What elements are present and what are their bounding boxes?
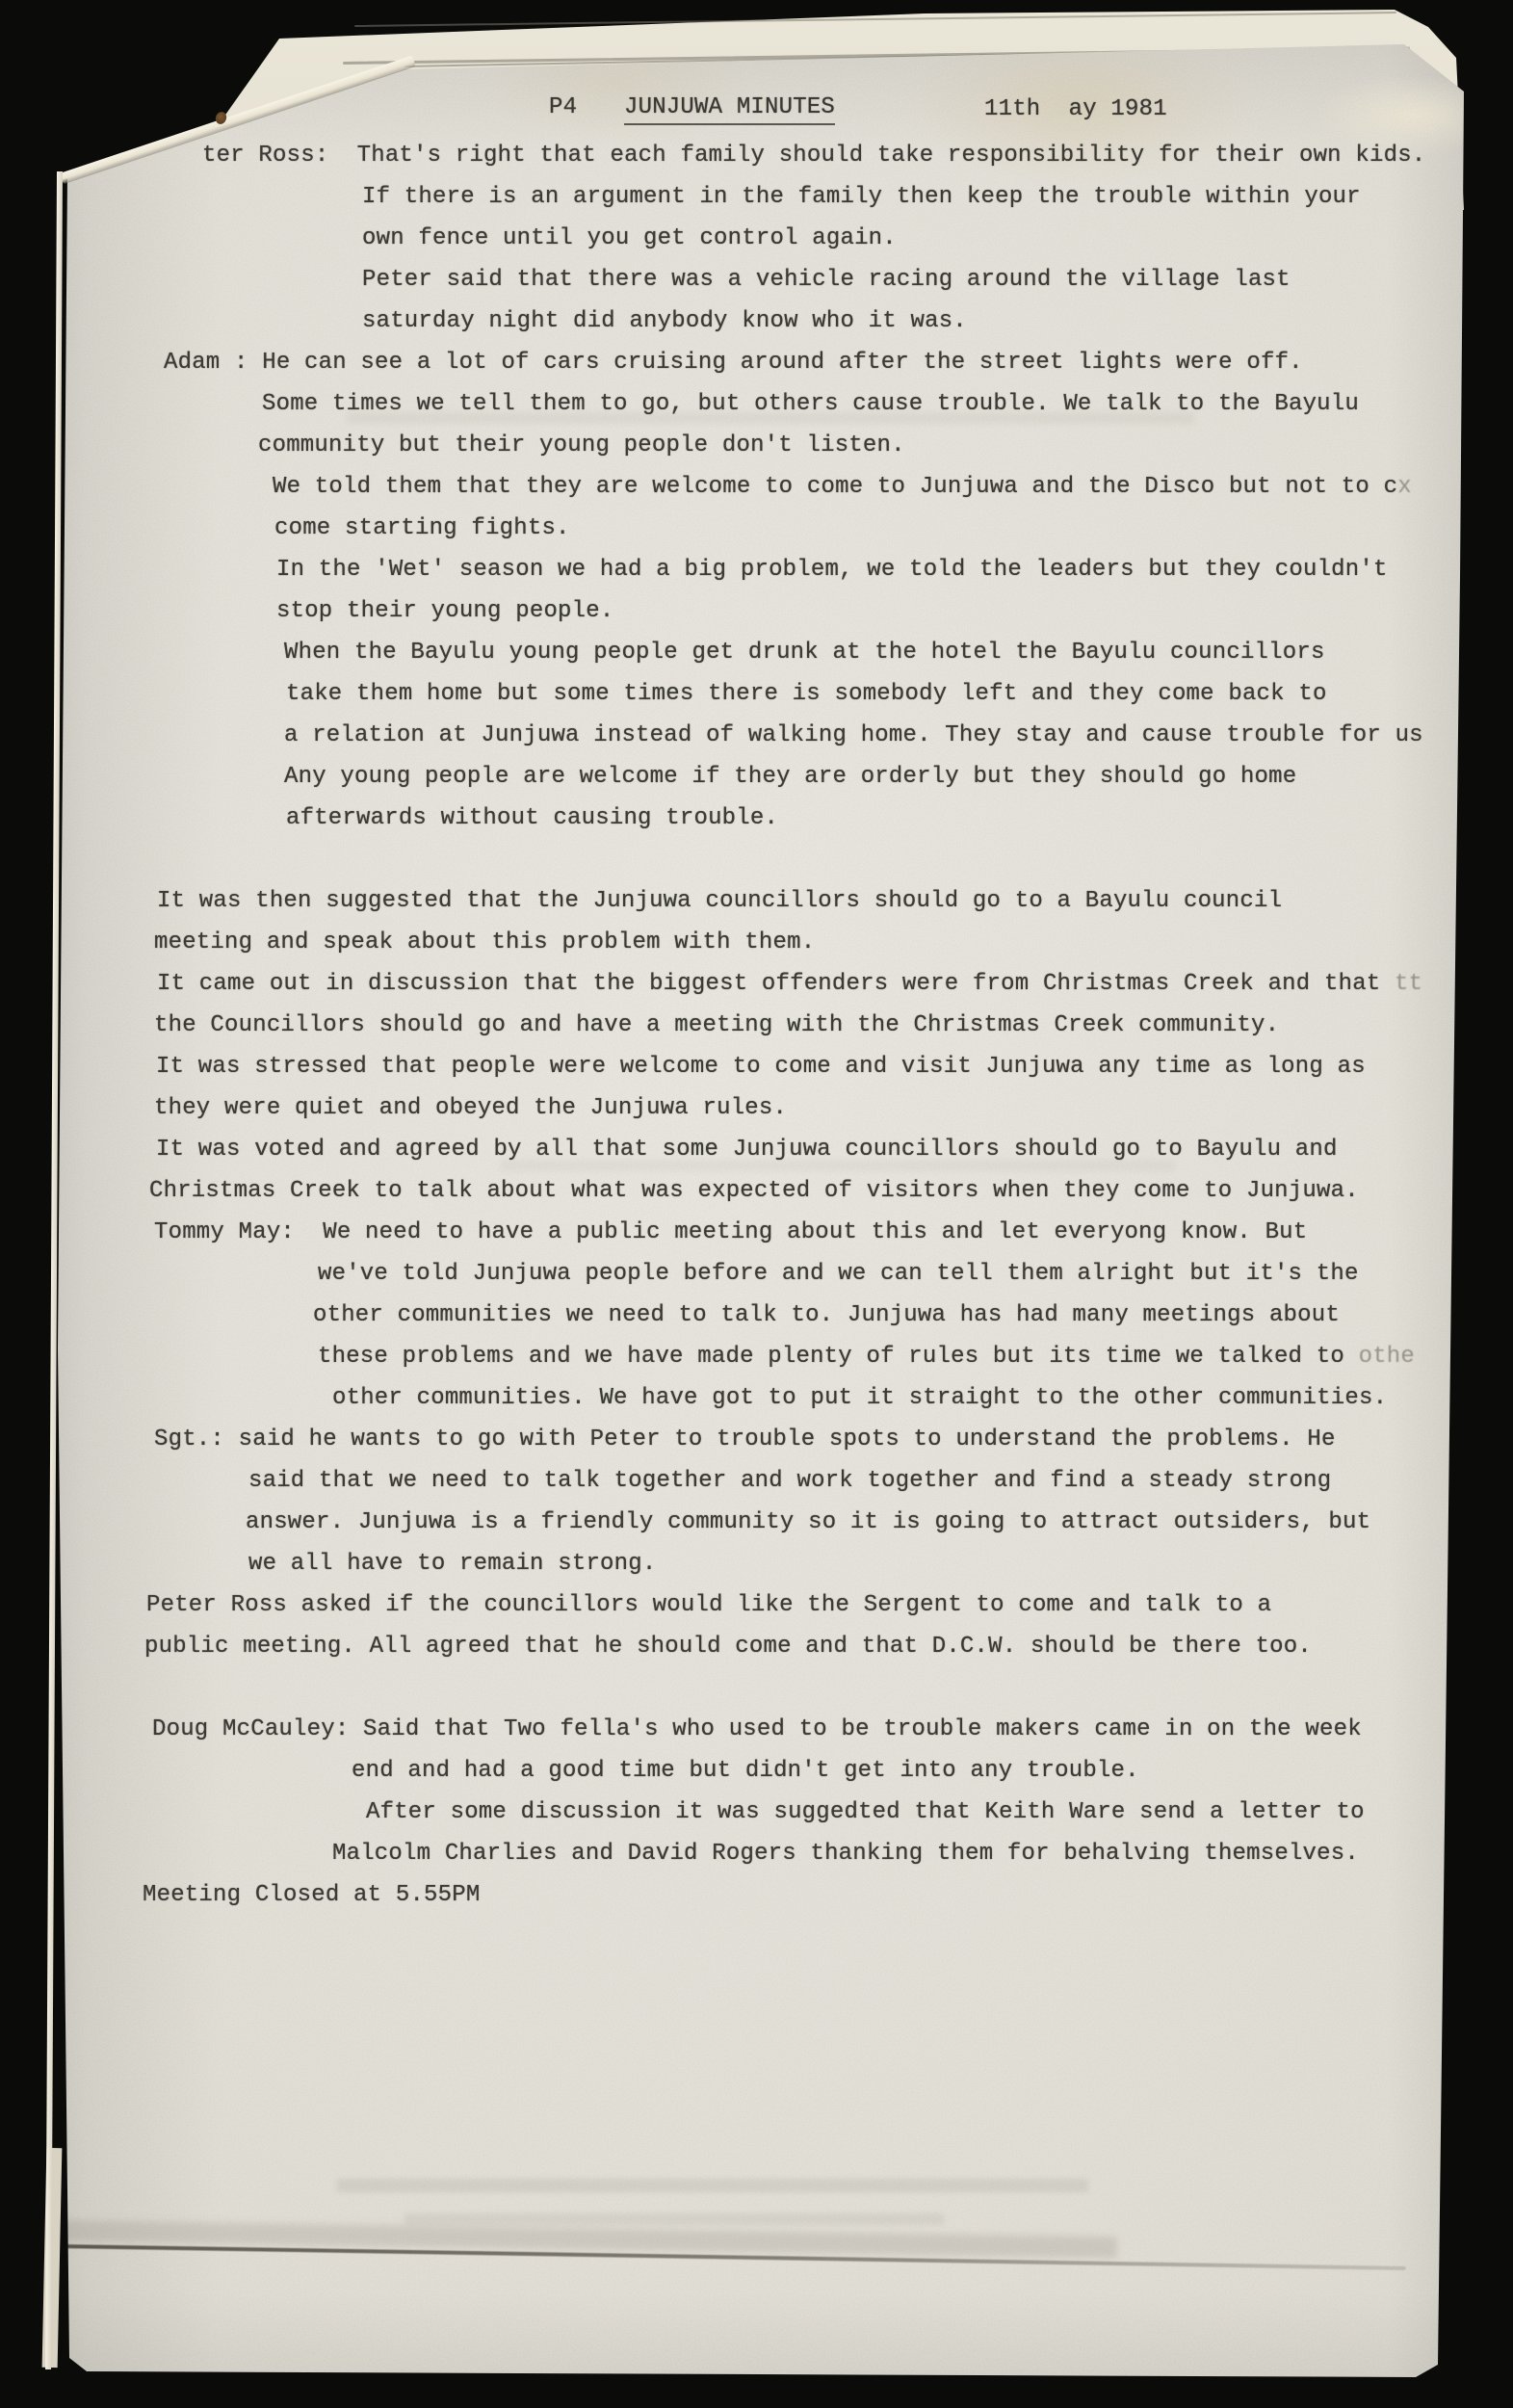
typed-line: they were quiet and obeyed the Junjuwa r… — [154, 1097, 787, 1120]
typed-line: Peter Ross asked if the councillors woul… — [146, 1594, 1271, 1617]
typed-line: answer. Junjuwa is a friendly community … — [246, 1511, 1370, 1534]
typed-line: a relation at Junjuwa instead of walking… — [284, 724, 1423, 747]
typed-line: It was voted and agreed by all that some… — [156, 1139, 1338, 1162]
typed-line: public meeting. All agreed that he shoul… — [144, 1636, 1312, 1659]
typed-line: own fence until you get control again. — [362, 227, 897, 250]
line-text: It came out in discussion that the bigge… — [157, 971, 1380, 997]
line-text: these problems and we have made plenty o… — [318, 1344, 1344, 1370]
bleedthrough-mark — [337, 2179, 1088, 2192]
typed-line: Christmas Creek to talk about what was e… — [149, 1180, 1359, 1203]
faint-text: tt — [1380, 971, 1422, 997]
typed-line: these problems and we have made plenty o… — [318, 1346, 1415, 1369]
typed-line: Any young people are welcome if they are… — [284, 766, 1296, 789]
typed-line: community but their young people don't l… — [258, 434, 905, 458]
typed-line: take them home but some times there is s… — [286, 683, 1327, 706]
typed-line: we've told Junjuwa people before and we … — [318, 1263, 1359, 1286]
document-page: P4 JUNJUWA MINUTES 11th ay 1981 ter Ross… — [0, 0, 1513, 2408]
typed-line: It came out in discussion that the bigge… — [157, 973, 1422, 996]
typed-line: other communities. We have got to put it… — [332, 1387, 1387, 1410]
typed-line: come starting fights. — [274, 517, 570, 540]
typed-line: other communities we need to talk to. Ju… — [313, 1304, 1340, 1327]
typed-line: we all have to remain strong. — [248, 1553, 656, 1576]
typed-line: Adam : He can see a lot of cars cruising… — [164, 352, 1303, 375]
typed-line: stop their young people. — [276, 600, 613, 623]
typed-line: After some discussion it was suggedted t… — [366, 1801, 1365, 1824]
typed-line: It was stressed that people were welcome… — [156, 1056, 1366, 1079]
typed-line: When the Bayulu young people get drunk a… — [284, 641, 1325, 665]
typed-line: In the 'Wet' season we had a big problem… — [276, 559, 1388, 582]
typed-line: end and had a good time but didn't get i… — [352, 1760, 1139, 1783]
typed-line: Malcolm Charlies and David Rogers thanki… — [332, 1843, 1359, 1866]
typed-line: saturday night did anybody know who it w… — [362, 310, 967, 333]
faint-text: x — [1397, 474, 1412, 500]
typed-line: afterwards without causing trouble. — [286, 807, 778, 830]
typed-line: Doug McCauley: Said that Two fella's who… — [152, 1718, 1362, 1741]
typed-line: Sgt.: said he wants to go with Peter to … — [154, 1428, 1336, 1452]
typed-line: said that we need to talk together and w… — [248, 1470, 1331, 1493]
typed-line: We told them that they are welcome to co… — [273, 476, 1412, 499]
typed-line: If there is an argument in the family th… — [362, 186, 1361, 209]
typed-line: Peter said that there was a vehicle raci… — [362, 269, 1291, 292]
scanned-document: P4 JUNJUWA MINUTES 11th ay 1981 ter Ross… — [0, 0, 1513, 2408]
typed-line: meeting and speak about this problem wit… — [154, 931, 815, 955]
line-text: We told them that they are welcome to co… — [273, 474, 1397, 500]
faint-text: othe — [1344, 1344, 1415, 1370]
typed-line: Some times we tell them to go, but other… — [262, 393, 1359, 416]
typed-line: It was then suggested that the Junjuwa c… — [157, 890, 1282, 913]
typed-line: the Councillors should go and have a mee… — [154, 1014, 1279, 1037]
typed-line: Tommy May: We need to have a public meet… — [154, 1221, 1307, 1244]
typed-line: Meeting Closed at 5.55PM — [143, 1884, 480, 1907]
bleedthrough-mark — [404, 2213, 944, 2225]
typed-line: ter Ross: That's right that each family … — [202, 144, 1425, 168]
